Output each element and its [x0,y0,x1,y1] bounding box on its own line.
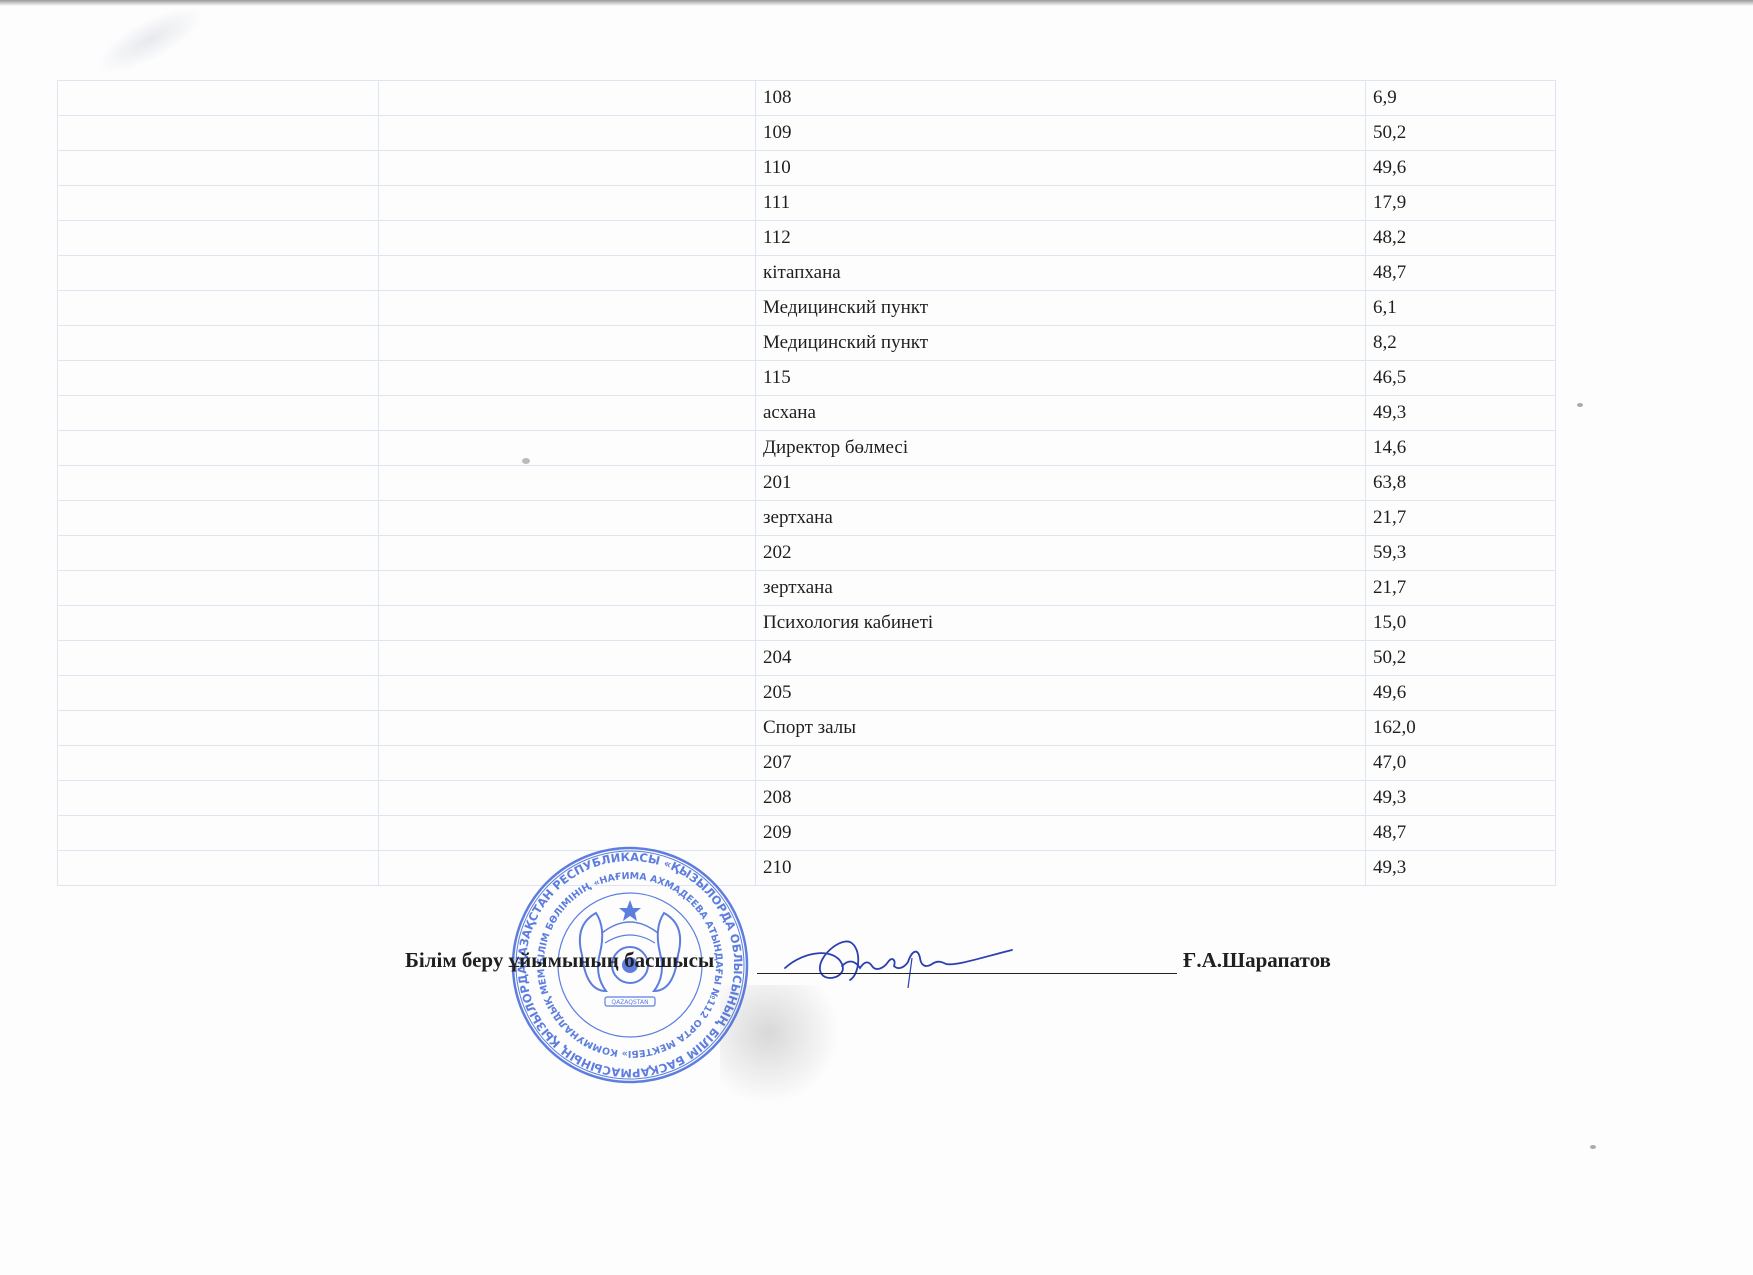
empty-cell [379,256,756,291]
empty-cell [379,781,756,816]
room-name-cell: 205 [756,676,1366,711]
room-area-cell: 21,7 [1366,501,1556,536]
room-area-cell: 59,3 [1366,536,1556,571]
room-area-cell: 48,7 [1366,256,1556,291]
room-area-cell: 48,2 [1366,221,1556,256]
empty-cell [58,151,379,186]
table-row: Директор бөлмесі14,6 [58,431,1556,466]
table-row: 11546,5 [58,361,1556,396]
scan-speck [1577,403,1583,407]
table-row: Медицинский пункт6,1 [58,291,1556,326]
scan-speck [1590,1145,1596,1149]
room-area-cell: 15,0 [1366,606,1556,641]
empty-cell [379,431,756,466]
table-row: 20549,6 [58,676,1556,711]
empty-cell [379,676,756,711]
empty-cell [379,606,756,641]
room-area-cell: 49,6 [1366,151,1556,186]
room-name-cell: Медицинский пункт [756,326,1366,361]
empty-cell [379,326,756,361]
signature-line [757,973,1177,974]
room-name-cell: Спорт залы [756,711,1366,746]
table-row: 21049,3 [58,851,1556,886]
room-name-cell: 115 [756,361,1366,396]
table-row: 11117,9 [58,186,1556,221]
room-area-cell: 49,3 [1366,396,1556,431]
room-name-cell: 109 [756,116,1366,151]
signature-block: Білім беру ұйымының басшысы Ғ.А.Шарапато… [405,945,1405,985]
svg-text:QAZAQSTAN: QAZAQSTAN [611,999,648,1006]
room-name-cell: 111 [756,186,1366,221]
empty-cell [58,676,379,711]
table-row: 20259,3 [58,536,1556,571]
empty-cell [58,816,379,851]
empty-cell [379,221,756,256]
empty-cell [58,781,379,816]
empty-cell [379,81,756,116]
room-area-cell: 8,2 [1366,326,1556,361]
table-row: Медицинский пункт8,2 [58,326,1556,361]
empty-cell [58,851,379,886]
room-area-cell: 49,6 [1366,676,1556,711]
empty-cell [58,396,379,431]
room-area-cell: 49,3 [1366,781,1556,816]
empty-cell [379,816,756,851]
table-row: 10950,2 [58,116,1556,151]
empty-cell [58,256,379,291]
empty-cell [379,186,756,221]
room-name-cell: 110 [756,151,1366,186]
empty-cell [58,501,379,536]
empty-cell [58,431,379,466]
empty-cell [379,151,756,186]
room-name-cell: Психология кабинеті [756,606,1366,641]
scan-smudge [88,0,213,86]
empty-cell [379,396,756,431]
room-name-cell: 209 [756,816,1366,851]
room-name-cell: 201 [756,466,1366,501]
table-row: зертхана21,7 [58,571,1556,606]
room-name-cell: 208 [756,781,1366,816]
empty-cell [58,466,379,501]
empty-cell [379,116,756,151]
empty-cell [58,536,379,571]
room-name-cell: асхана [756,396,1366,431]
table-row: 20747,0 [58,746,1556,781]
room-name-cell: зертхана [756,501,1366,536]
room-area-cell: 6,1 [1366,291,1556,326]
scan-blur-artifact [720,985,840,1105]
empty-cell [58,571,379,606]
room-name-cell: 207 [756,746,1366,781]
room-name-cell: 202 [756,536,1366,571]
empty-cell [58,746,379,781]
room-area-cell: 47,0 [1366,746,1556,781]
scan-speck [522,458,530,464]
room-name-cell: 204 [756,641,1366,676]
room-area-cell: 6,9 [1366,81,1556,116]
room-name-cell: зертхана [756,571,1366,606]
room-area-cell: 17,9 [1366,186,1556,221]
table-row: зертхана21,7 [58,501,1556,536]
room-area-cell: 162,0 [1366,711,1556,746]
empty-cell [58,221,379,256]
room-area-cell: 63,8 [1366,466,1556,501]
empty-cell [58,711,379,746]
room-area-cell: 50,2 [1366,641,1556,676]
empty-cell [58,81,379,116]
room-name-cell: 108 [756,81,1366,116]
empty-cell [379,746,756,781]
room-name-cell: 210 [756,851,1366,886]
empty-cell [58,641,379,676]
table-row: асхана49,3 [58,396,1556,431]
table-row: 11049,6 [58,151,1556,186]
empty-cell [58,291,379,326]
empty-cell [379,501,756,536]
empty-cell [58,116,379,151]
room-area-cell: 46,5 [1366,361,1556,396]
table-row: 1086,9 [58,81,1556,116]
empty-cell [379,536,756,571]
room-name-cell: Медицинский пункт [756,291,1366,326]
room-name-cell: 112 [756,221,1366,256]
scan-top-shadow [0,0,1753,6]
table-row: Психология кабинеті15,0 [58,606,1556,641]
table-row: Спорт залы162,0 [58,711,1556,746]
empty-cell [379,711,756,746]
empty-cell [379,291,756,326]
empty-cell [379,361,756,396]
table-row: 20450,2 [58,641,1556,676]
table-row: кітапхана48,7 [58,256,1556,291]
table-row: 11248,2 [58,221,1556,256]
empty-cell [379,571,756,606]
room-area-cell: 48,7 [1366,816,1556,851]
room-area-cell: 50,2 [1366,116,1556,151]
room-name-cell: кітапхана [756,256,1366,291]
signatory-name: Ғ.А.Шарапатов [1183,945,1331,975]
empty-cell [58,606,379,641]
table-row: 20163,8 [58,466,1556,501]
table-row: 20948,7 [58,816,1556,851]
empty-cell [58,326,379,361]
room-area-cell: 14,6 [1366,431,1556,466]
table-row: 20849,3 [58,781,1556,816]
empty-cell [58,186,379,221]
room-area-cell: 21,7 [1366,571,1556,606]
signatory-title: Білім беру ұйымының басшысы [405,945,714,975]
empty-cell [379,466,756,501]
room-name-cell: Директор бөлмесі [756,431,1366,466]
room-area-table: 1086,910950,211049,611117,911248,2кітапх… [57,80,1556,886]
empty-cell [379,641,756,676]
room-area-cell: 49,3 [1366,851,1556,886]
empty-cell [58,361,379,396]
empty-cell [379,851,756,886]
